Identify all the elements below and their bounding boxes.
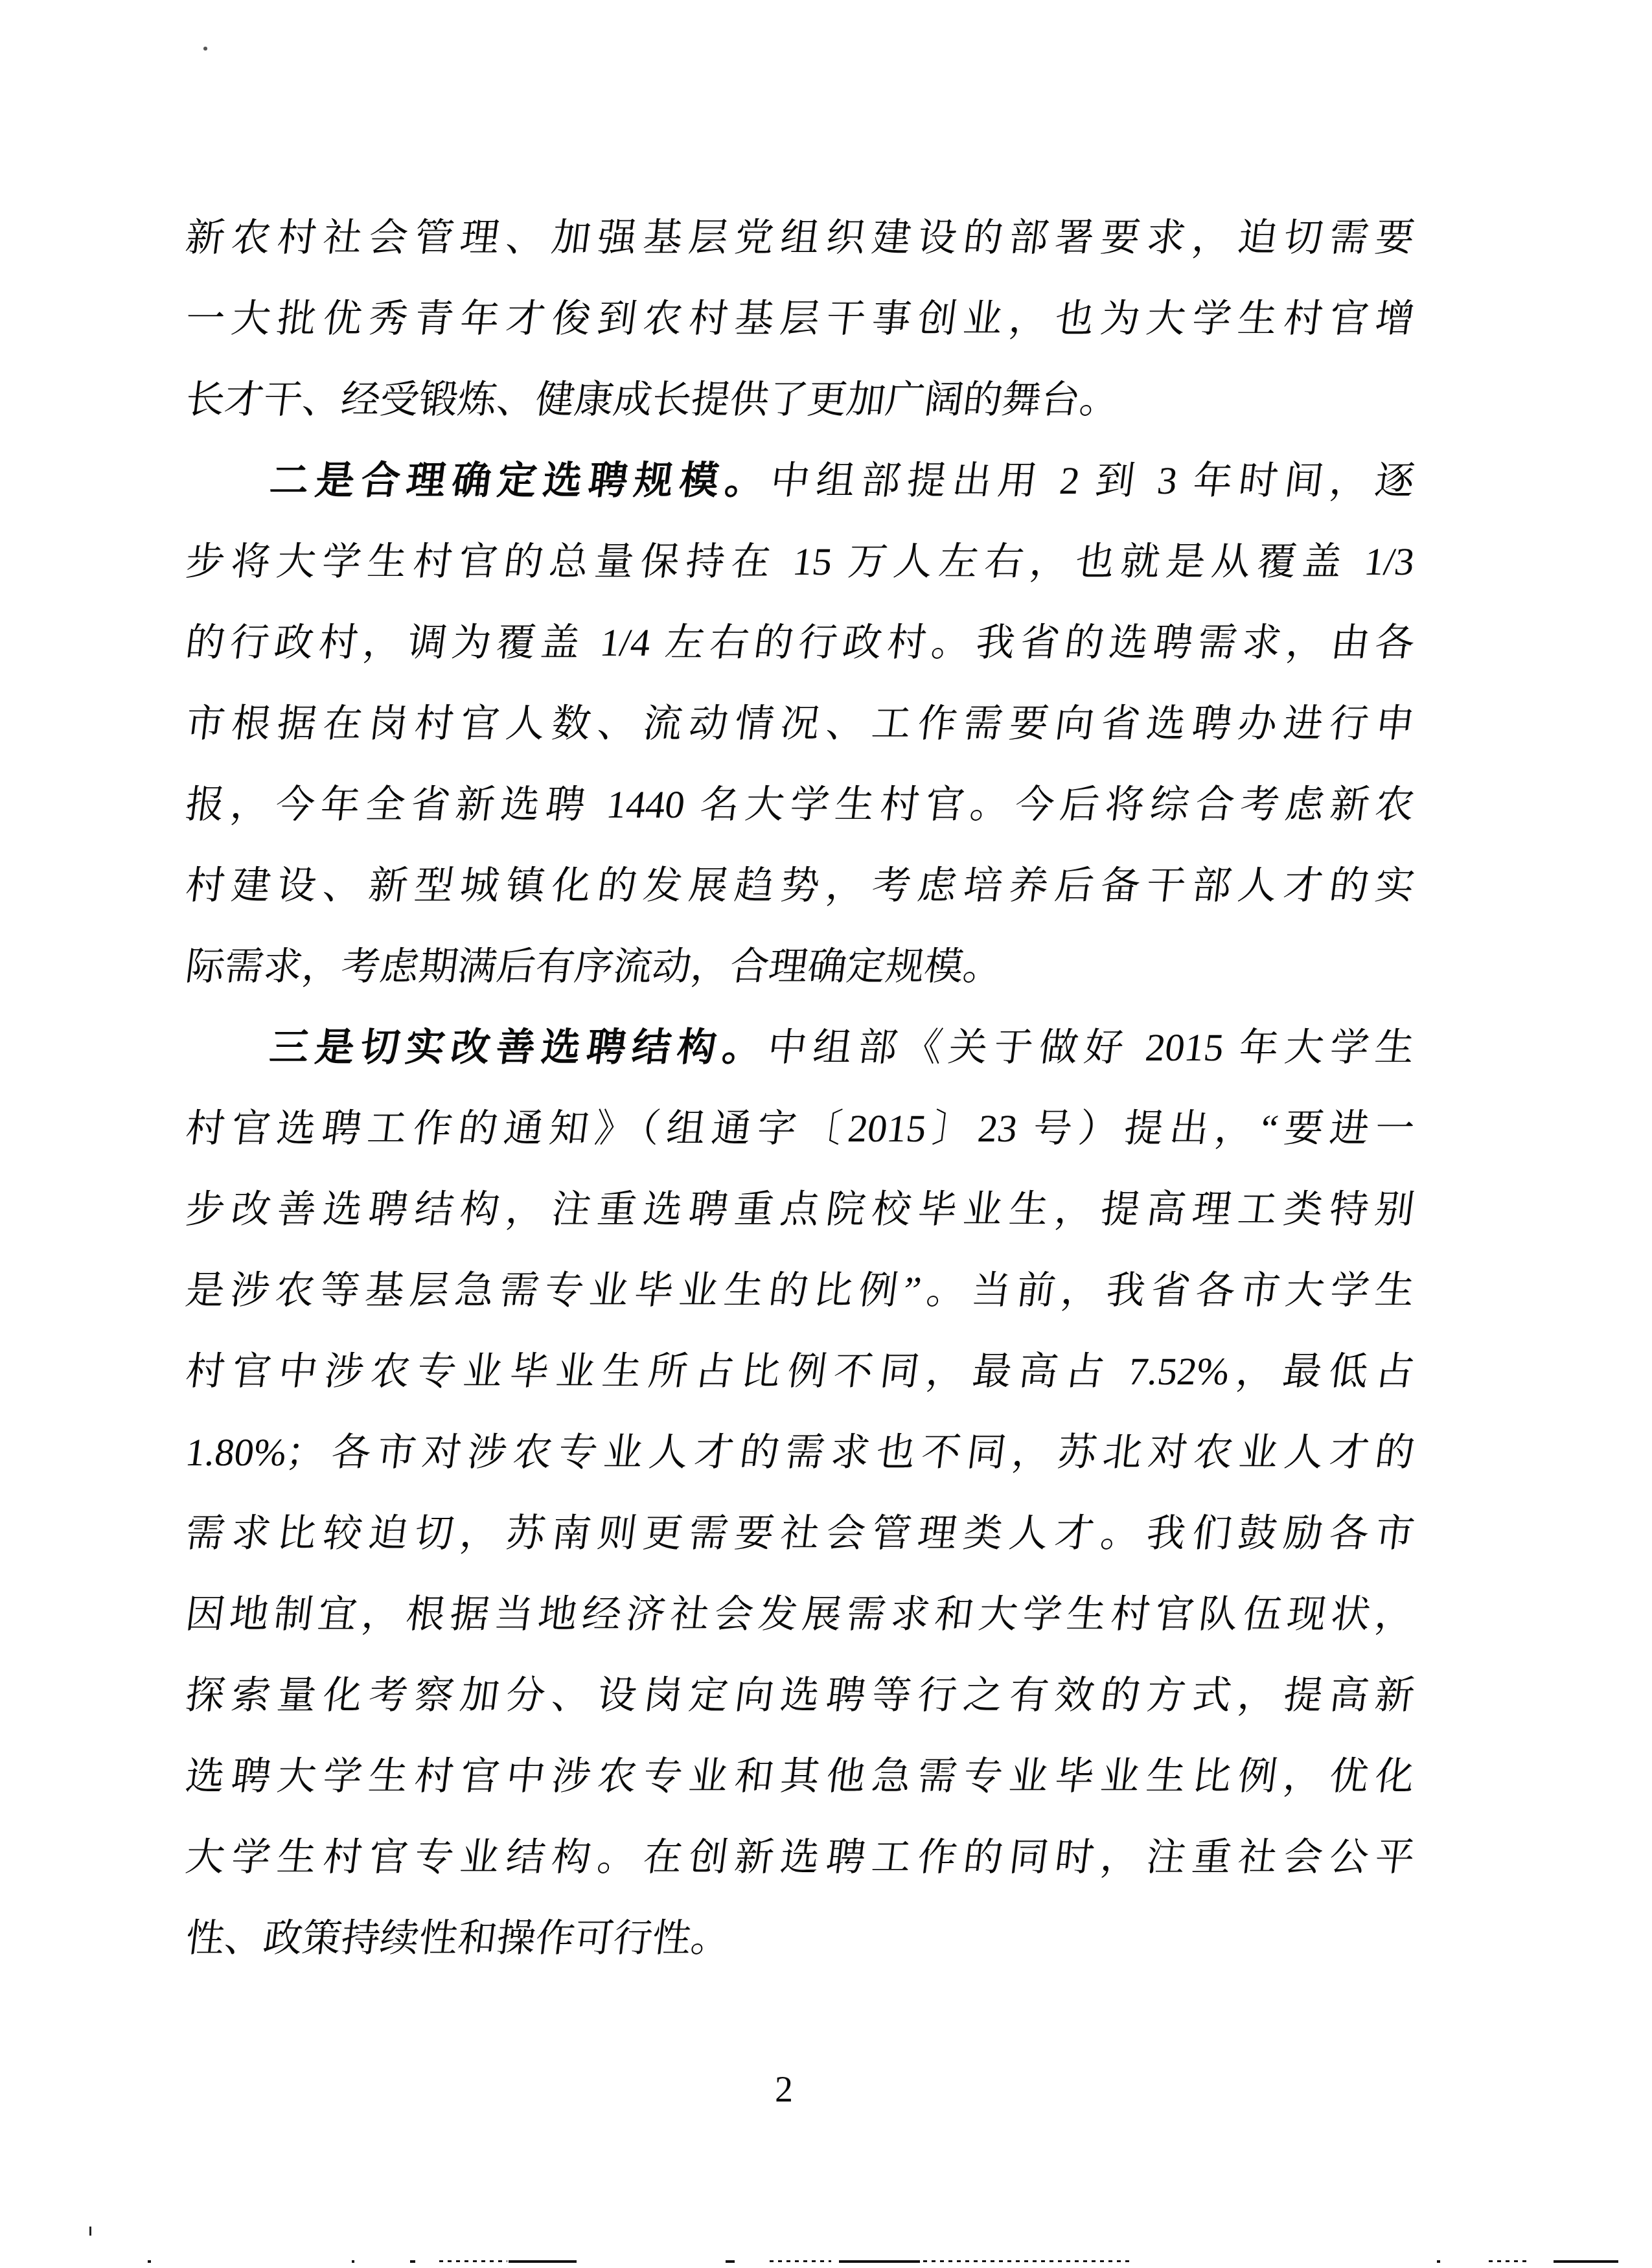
text-line: 长才干、经受锻炼、健康成长提供了更加广阔的舞台。 (181, 360, 1419, 441)
text-line: 性、政策持续性和操作可行性。 (181, 1898, 1419, 1979)
scan-artifact (1554, 2260, 1618, 2263)
text-line: 村官中涉农专业毕业生所占比例不同，最高占 7.52%，最低占 (181, 1331, 1419, 1412)
body-text: 新农村社会管理、加强基层党组织建设的部署要求，迫切需要 一大批优秀青年才俊到农村… (186, 198, 1414, 1979)
text-line: 报，今年全省新选聘 1440 名大学生村官。今后将综合考虑新农 (181, 764, 1419, 845)
paragraph-lead: 二是合理确定选聘规模。 (268, 459, 774, 502)
text-line: 需求比较迫切，苏南则更需要社会管理类人才。我们鼓励各市 (181, 1493, 1419, 1574)
text-line: 际需求，考虑期满后有序流动，合理确定规模。 (181, 926, 1419, 1007)
scan-speck (203, 47, 207, 51)
text-line: 市根据在岗村官人数、流动情况、工作需要向省选聘办进行申 (181, 683, 1419, 764)
scan-artifact (89, 2227, 91, 2236)
text-line: 一大批优秀青年才俊到农村基层干事创业，也为大学生村官增 (181, 279, 1419, 360)
scan-artifact (726, 2260, 735, 2263)
text-line: 村建设、新型城镇化的发展趋势，考虑培养后备干部人才的实 (181, 845, 1419, 926)
scan-artifact (1489, 2260, 1529, 2262)
scan-artifact (923, 2260, 1130, 2262)
scan-artifact (770, 2260, 831, 2262)
text-line: 三是切实改善选聘结构。中组部《关于做好 2015 年大学生 (181, 1007, 1419, 1088)
text-line: 二是合理确定选聘规模。中组部提出用 2 到 3 年时间，逐 (181, 441, 1419, 521)
scan-artifact (839, 2260, 920, 2263)
text-line: 大学生村官专业结构。在创新选聘工作的同时，注重社会公平 (181, 1817, 1419, 1898)
text-line: 1.80%；各市对涉农专业人才的需求也不同，苏北对农业人才的 (181, 1412, 1419, 1493)
scan-artifact (439, 2260, 507, 2262)
paragraph-lead: 三是切实改善选聘结构。 (268, 1026, 770, 1069)
text-line: 村官选聘工作的通知》（组通字〔2015〕23 号）提出，“要进一 (181, 1088, 1419, 1169)
text-line: 因地制宜，根据当地经济社会发展需求和大学生村官队伍现状， (181, 1574, 1419, 1655)
scan-artifact (509, 2260, 577, 2263)
document-page: 新农村社会管理、加强基层党组织建设的部署要求，迫切需要 一大批优秀青年才俊到农村… (0, 0, 1652, 2268)
scan-artifact (1437, 2260, 1440, 2263)
text-line: 探索量化考察加分、设岗定向选聘等行之有效的方式，提高新 (181, 1655, 1419, 1736)
text-line: 的行政村，调为覆盖 1/4 左右的行政村。我省的选聘需求，由各 (181, 602, 1419, 683)
text-line: 是涉农等基层急需专业毕业生的比例”。当前，我省各市大学生 (181, 1250, 1419, 1331)
text-run: 中组部提出用 2 到 3 年时间，逐 (768, 459, 1417, 502)
scan-artifact (410, 2260, 415, 2263)
scan-artifact (352, 2260, 354, 2263)
text-line: 新农村社会管理、加强基层党组织建设的部署要求，迫切需要 (181, 198, 1419, 279)
page-number: 2 (775, 2070, 793, 2109)
text-line: 选聘大学生村官中涉农专业和其他急需专业毕业生比例，优化 (181, 1736, 1419, 1817)
text-line: 步将大学生村官的总量保持在 15 万人左右，也就是从覆盖 1/3 (181, 521, 1419, 602)
text-run: 中组部《关于做好 2015 年大学生 (765, 1026, 1417, 1069)
scan-artifact (148, 2260, 151, 2263)
text-line: 步改善选聘结构，注重选聘重点院校毕业生，提高理工类特别 (181, 1169, 1419, 1250)
